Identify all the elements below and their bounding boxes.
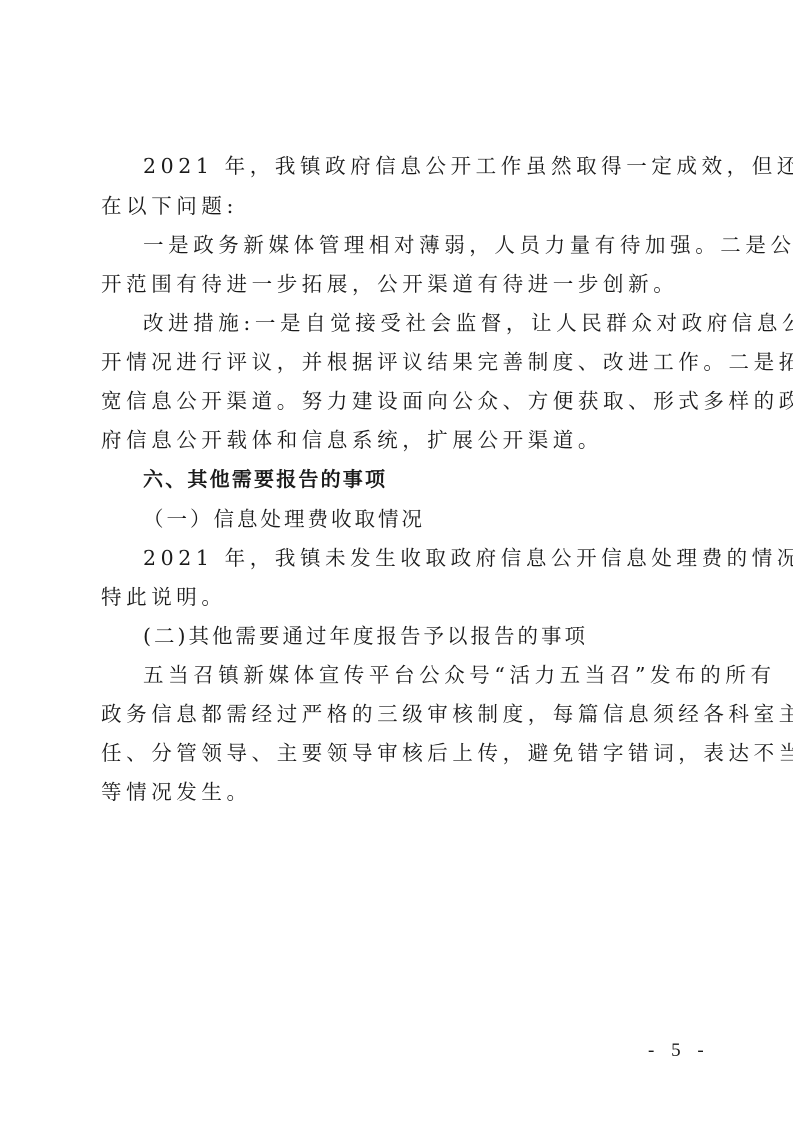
subsection-2-title: (二)其他需要通过年度报告予以报告的事项	[143, 622, 753, 650]
subsection-1-title: （一）信息处理费收取情况	[143, 505, 753, 533]
paragraph-issues-line-1: 一是政务新媒体管理相对薄弱，人员力量有待加强。二是公	[143, 231, 753, 259]
subsection-2-line-1: 五当召镇新媒体宣传平台公众号“活力五当召”发布的所有	[143, 661, 753, 689]
subsection-2-line-2: 政务信息都需经过严格的三级审核制度，每篇信息须经各科室主	[101, 700, 711, 728]
paragraph-measures-line-1: 改进措施:一是自觉接受社会监督，让人民群众对政府信息公	[143, 309, 753, 337]
paragraph-measures-line-2: 开情况进行评议，并根据评议结果完善制度、改进工作。二是拓	[101, 348, 711, 376]
paragraph-measures-line-4: 府信息公开载体和信息系统，扩展公开渠道。	[101, 426, 711, 454]
page-number: - 5 -	[648, 1040, 710, 1062]
subsection-1-line-2: 特此说明。	[101, 583, 711, 611]
paragraph-measures-line-3: 宽信息公开渠道。努力建设面向公众、方便获取、形式多样的政	[101, 387, 711, 415]
section-heading: 六、其他需要报告的事项	[143, 465, 753, 493]
subsection-2-line-4: 等情况发生。	[101, 778, 711, 806]
subsection-1-line-1: 2021 年，我镇未发生收取政府信息公开信息处理费的情况，	[143, 544, 753, 572]
paragraph-problems-line-2: 在以下问题:	[101, 192, 711, 220]
document-page: 2021 年，我镇政府信息公开工作虽然取得一定成效，但还存 在以下问题: 一是政…	[0, 0, 793, 1122]
paragraph-issues-line-2: 开范围有待进一步拓展，公开渠道有待进一步创新。	[101, 270, 711, 298]
paragraph-problems-line-1: 2021 年，我镇政府信息公开工作虽然取得一定成效，但还存	[143, 152, 753, 180]
subsection-2-line-3: 任、分管领导、主要领导审核后上传，避免错字错词，表达不当	[101, 739, 711, 767]
